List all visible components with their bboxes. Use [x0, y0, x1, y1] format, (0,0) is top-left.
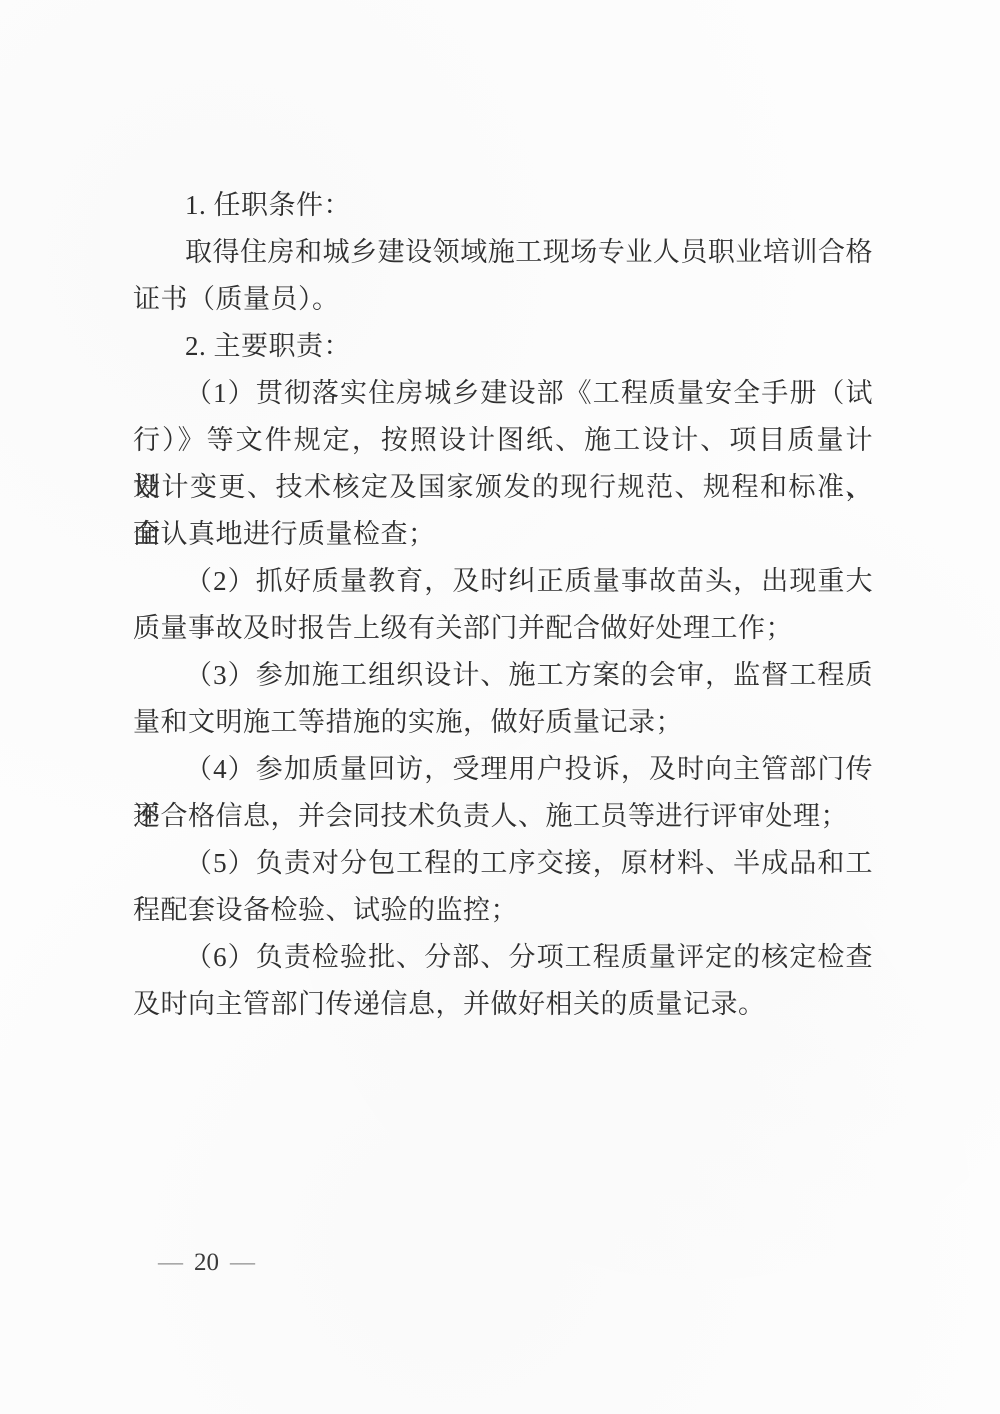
- page-footer: — 20 —: [158, 1246, 255, 1280]
- body-text-line: （4）参加质量回访，受理用户投诉，及时向主管部门传递: [133, 746, 873, 793]
- body-text-line: （1）贯彻落实住房城乡建设部《工程质量安全手册（试: [133, 370, 873, 417]
- body-text-line: （6）负责检验批、分部、分项工程质量评定的核定检查: [133, 934, 873, 981]
- body-text-line: 及时向主管部门传递信息，并做好相关的质量记录。: [133, 981, 873, 1028]
- body-text-line: 取得住房和城乡建设领域施工现场专业人员职业培训合格: [133, 229, 873, 276]
- body-text-line: 设计变更、技术核定及国家颁发的现行规范、规程和标准，全: [133, 464, 873, 511]
- body-text-line: 质量事故及时报告上级有关部门并配合做好处理工作；: [133, 605, 873, 652]
- body-text-line: （2）抓好质量教育，及时纠正质量事故苗头，出现重大: [133, 558, 873, 605]
- footer-dash-left: —: [158, 1246, 183, 1280]
- footer-dash-right: —: [230, 1246, 255, 1280]
- body-text-line: （5）负责对分包工程的工序交接，原材料、半成品和工: [133, 840, 873, 887]
- section-heading-line: 1. 任职条件：: [133, 182, 873, 229]
- body-text-line: 量和文明施工等措施的实施，做好质量记录；: [133, 699, 873, 746]
- document-page: 1. 任职条件： 取得住房和城乡建设领域施工现场专业人员职业培训合格 证书（质量…: [0, 0, 1000, 1414]
- body-text-line: （3）参加施工组织设计、施工方案的会审，监督工程质: [133, 652, 873, 699]
- body-text-line: 行）》等文件规定，按照设计图纸、施工设计、项目质量计划、: [133, 417, 873, 464]
- body-text-line: 不合格信息，并会同技术负责人、施工员等进行评审处理；: [133, 793, 873, 840]
- body-text-line: 证书（质量员）。: [133, 276, 873, 323]
- body-text-line: 面认真地进行质量检查；: [133, 511, 873, 558]
- body-text-line: 程配套设备检验、试验的监控；: [133, 887, 873, 934]
- section-heading-line: 2. 主要职责：: [133, 323, 873, 370]
- document-body: 1. 任职条件： 取得住房和城乡建设领域施工现场专业人员职业培训合格 证书（质量…: [133, 182, 873, 1028]
- page-number: 20: [194, 1246, 219, 1280]
